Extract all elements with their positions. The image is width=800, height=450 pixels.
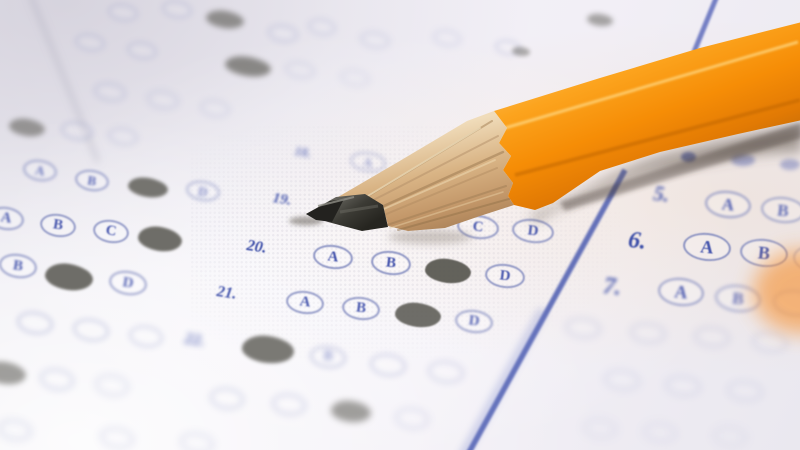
question-number: 20. [245,238,267,257]
pencil-body-paint [494,22,800,210]
filled-answer-bubble [43,260,94,293]
answer-bubble [0,417,33,442]
answer-bubble [629,321,667,345]
answer-bubble [792,243,800,276]
answer-bubble-a: A [657,276,706,309]
bubble-letter: A [700,237,715,256]
bubble-letter: B [385,255,397,271]
pencil-facet-highlight [505,42,798,128]
answer-bubble-a: A [682,231,733,264]
answer-bubble [126,39,158,60]
question-number: 6. [627,228,648,254]
column-divider-line-top [694,0,717,52]
bubble-letter: A [0,210,13,227]
bubble-letter: C [472,219,485,235]
question-number: 21. [215,284,237,303]
answer-bubble-a: A [349,150,387,175]
question-number: 7. [602,274,623,300]
answer-bubble [582,417,618,439]
answer-bubble [107,1,139,22]
answer-bubble [271,392,307,417]
answer-bubble [179,430,216,450]
answer-bubble-b: B [714,282,763,314]
answer-bubble [369,352,407,378]
answer-bubble [726,379,764,403]
bubble-letter: C [104,223,117,240]
answer-bubble [494,38,522,57]
answer-bubble [99,425,136,450]
answer-bubble [432,28,462,48]
answer-bubble-b: B [341,294,382,321]
pencil-contact-shadow-band [560,122,800,211]
answer-bubble [199,97,231,118]
answer-bubble-a: A [704,188,753,220]
orange-blur-object [753,250,800,334]
filled-answer-bubble [205,8,245,31]
answer-bubble-b: B [74,167,111,193]
question-number: 19. [271,191,292,209]
question-number: 5. [652,183,671,206]
column-divider-line [467,170,625,450]
answer-bubble-b: B [739,237,790,270]
pencil-cast-shadow [530,124,800,223]
bubble-letter: D [197,184,208,198]
answer-bubble-b: B [760,195,800,225]
answer-bubble-b: B [309,344,347,370]
filled-answer-bubble [586,12,613,27]
answer-bubble-d: D [454,307,495,334]
graphite-sheen [340,206,378,212]
answer-bubble-b: B [370,249,413,278]
tip-contact-shadow [289,217,323,226]
paper-shading-bottom-left [0,0,800,450]
filled-answer-bubble [512,45,531,56]
ink-mark [731,154,755,166]
answer-bubble [146,89,180,112]
answer-bubble [267,22,299,43]
paper-shading-top-left [0,0,800,450]
paper-halftone-texture [190,125,620,360]
bubble-letter: B [12,258,24,274]
answer-bubble [107,125,139,146]
pencil-tip-graphite [306,194,388,231]
answer-bubble-a: A [22,157,59,183]
bubble-letter: B [52,217,64,233]
bubble-letter: A [34,163,45,177]
answer-bubble-d: D [511,217,556,246]
answer-bubble [712,425,748,447]
paper-crease-line [30,0,98,162]
pencil-wood-grain [358,121,509,230]
ink-mark [681,152,696,162]
answer-bubble-c: C [91,217,130,245]
filled-answer-bubble [241,332,296,365]
answer-bubble-d: D [107,268,148,298]
bubble-letter: B [355,300,367,316]
ink-mark [780,159,800,170]
filled-answer-bubble [127,174,169,199]
answer-bubble [93,81,127,104]
answer-bubble-d: D [185,178,222,203]
filled-answer-bubble [330,398,372,424]
bubble-letter: A [362,155,373,169]
pencil-facet-shadow-edge [515,100,800,175]
wood-under-shadow [388,230,472,244]
bubble-letter: D [468,313,481,329]
pencil-wood [338,111,514,231]
answer-bubble [751,330,789,354]
graphite-dark-point [306,199,344,222]
bubble-letter: A [721,195,735,213]
filled-answer-bubble [424,256,473,285]
answer-bubble [693,325,731,349]
filled-answer-bubble [136,224,183,255]
filled-answer-bubble [394,300,443,329]
bubble-letter: B [731,289,744,307]
answer-bubble [72,316,111,343]
bubble-letter: B [87,173,98,187]
answer-bubble [772,288,800,318]
answer-bubble [427,359,465,385]
answer-bubble-b: B [0,251,39,281]
answer-bubble-a: A [0,204,26,232]
pencil-and-lines-overlay [0,0,800,450]
answer-bubble-a: A [312,243,355,272]
answer-bubble-c: C [456,213,501,242]
answer-bubble-d: D [484,262,527,291]
bubble-letter: D [121,275,134,292]
answer-bubble [209,386,245,411]
bubble-letter: B [757,243,771,262]
answer-bubble [307,17,337,37]
bubble-letter: D [527,223,540,239]
column-divider-line-blur [462,310,543,450]
answer-bubble [394,406,430,431]
answer-bubble [16,309,55,336]
filled-answer-bubble [224,53,272,79]
answer-bubble [39,366,76,392]
paper-warm-reflection [0,0,800,450]
answer-bubble [603,368,641,392]
answer-bubble [664,374,702,398]
bubble-letter: D [499,268,512,284]
graphite-highlight [318,197,354,206]
answer-bubble [642,421,678,443]
answer-bubble [161,0,193,20]
answer-bubble [564,316,602,340]
answer-bubble-layer: 18.19.20.21.22.5.6.7.ACDABDABDBABDABCBDA… [0,0,800,450]
bubble-letter: A [299,294,312,310]
answer-bubble [359,30,391,50]
answer-bubble [284,60,316,80]
answer-bubble [74,31,106,52]
bubble-letter: A [327,249,340,265]
answer-bubble [94,372,131,398]
paper-shading-center [0,0,800,450]
question-number: 22. [183,331,205,350]
bubble-letter: B [323,349,334,364]
bubble-letter: B [776,201,789,219]
filled-answer-bubble [0,359,27,387]
answer-bubble [128,323,165,349]
answer-bubble-b: B [38,211,77,239]
question-number: 18. [294,144,312,160]
answer-sheet-photo: 18.19.20.21.22.5.6.7.ACDABDABDBABDABCBDA… [0,0,800,450]
answer-bubble [339,68,371,88]
filled-answer-bubble [8,116,46,138]
bubble-letter: A [674,282,689,301]
answer-bubble [60,120,94,143]
answer-bubble-a: A [285,288,326,315]
